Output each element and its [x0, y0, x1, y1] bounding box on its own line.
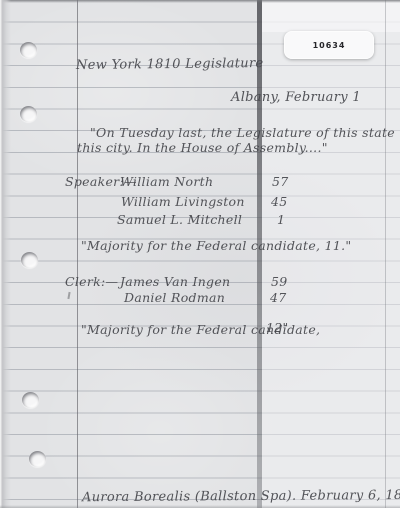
vote-count: 57 — [272, 176, 289, 189]
footer-note: Aurora Borealis (Ballston Spa). February… — [82, 489, 400, 504]
candidate-name: James Van Ingen — [120, 276, 230, 289]
dateline: Albany, February 1 — [231, 91, 361, 104]
binder-hole — [29, 451, 46, 467]
vote-count: 47 — [270, 292, 287, 305]
candidate-name: Daniel Rodman — [124, 292, 225, 305]
vote-count: 1 — [277, 214, 285, 227]
binder-hole — [22, 392, 39, 408]
candidate-name: William North — [120, 176, 213, 189]
archive-sticker: 10634 — [284, 31, 374, 59]
vote-count: 59 — [271, 276, 288, 289]
binder-hole — [21, 252, 38, 268]
right-edge-line — [385, 0, 386, 508]
speaker-majority-note: "Majority for the Federal candidate, 11.… — [81, 240, 351, 253]
top-right-light-area — [262, 0, 400, 32]
page-fold-shadow — [257, 0, 262, 508]
page-title: New York 1810 Legislature — [76, 57, 264, 72]
candidate-name: William Livingston — [121, 196, 245, 209]
clerk-label: Clerk:— — [65, 276, 118, 289]
scanned-notebook-page: 10634 New York 1810 Legislature Albany, … — [0, 0, 400, 508]
scan-top-edge — [0, 0, 400, 3]
right-page-light-area — [262, 0, 400, 508]
sticker-number: 10634 — [313, 41, 346, 50]
vote-count: 45 — [271, 196, 288, 209]
clerk-majority-value: 12" — [266, 322, 289, 335]
excerpt-line-1: "On Tuesday last, the Legislature of thi… — [90, 127, 400, 140]
binder-hole — [20, 42, 37, 58]
scan-left-edge — [0, 0, 11, 508]
binder-hole — [20, 106, 37, 122]
excerpt-line-2: this city. In the House of Assembly...." — [77, 142, 328, 155]
candidate-name: Samuel L. Mitchell — [117, 214, 242, 227]
margin-line — [77, 0, 78, 508]
